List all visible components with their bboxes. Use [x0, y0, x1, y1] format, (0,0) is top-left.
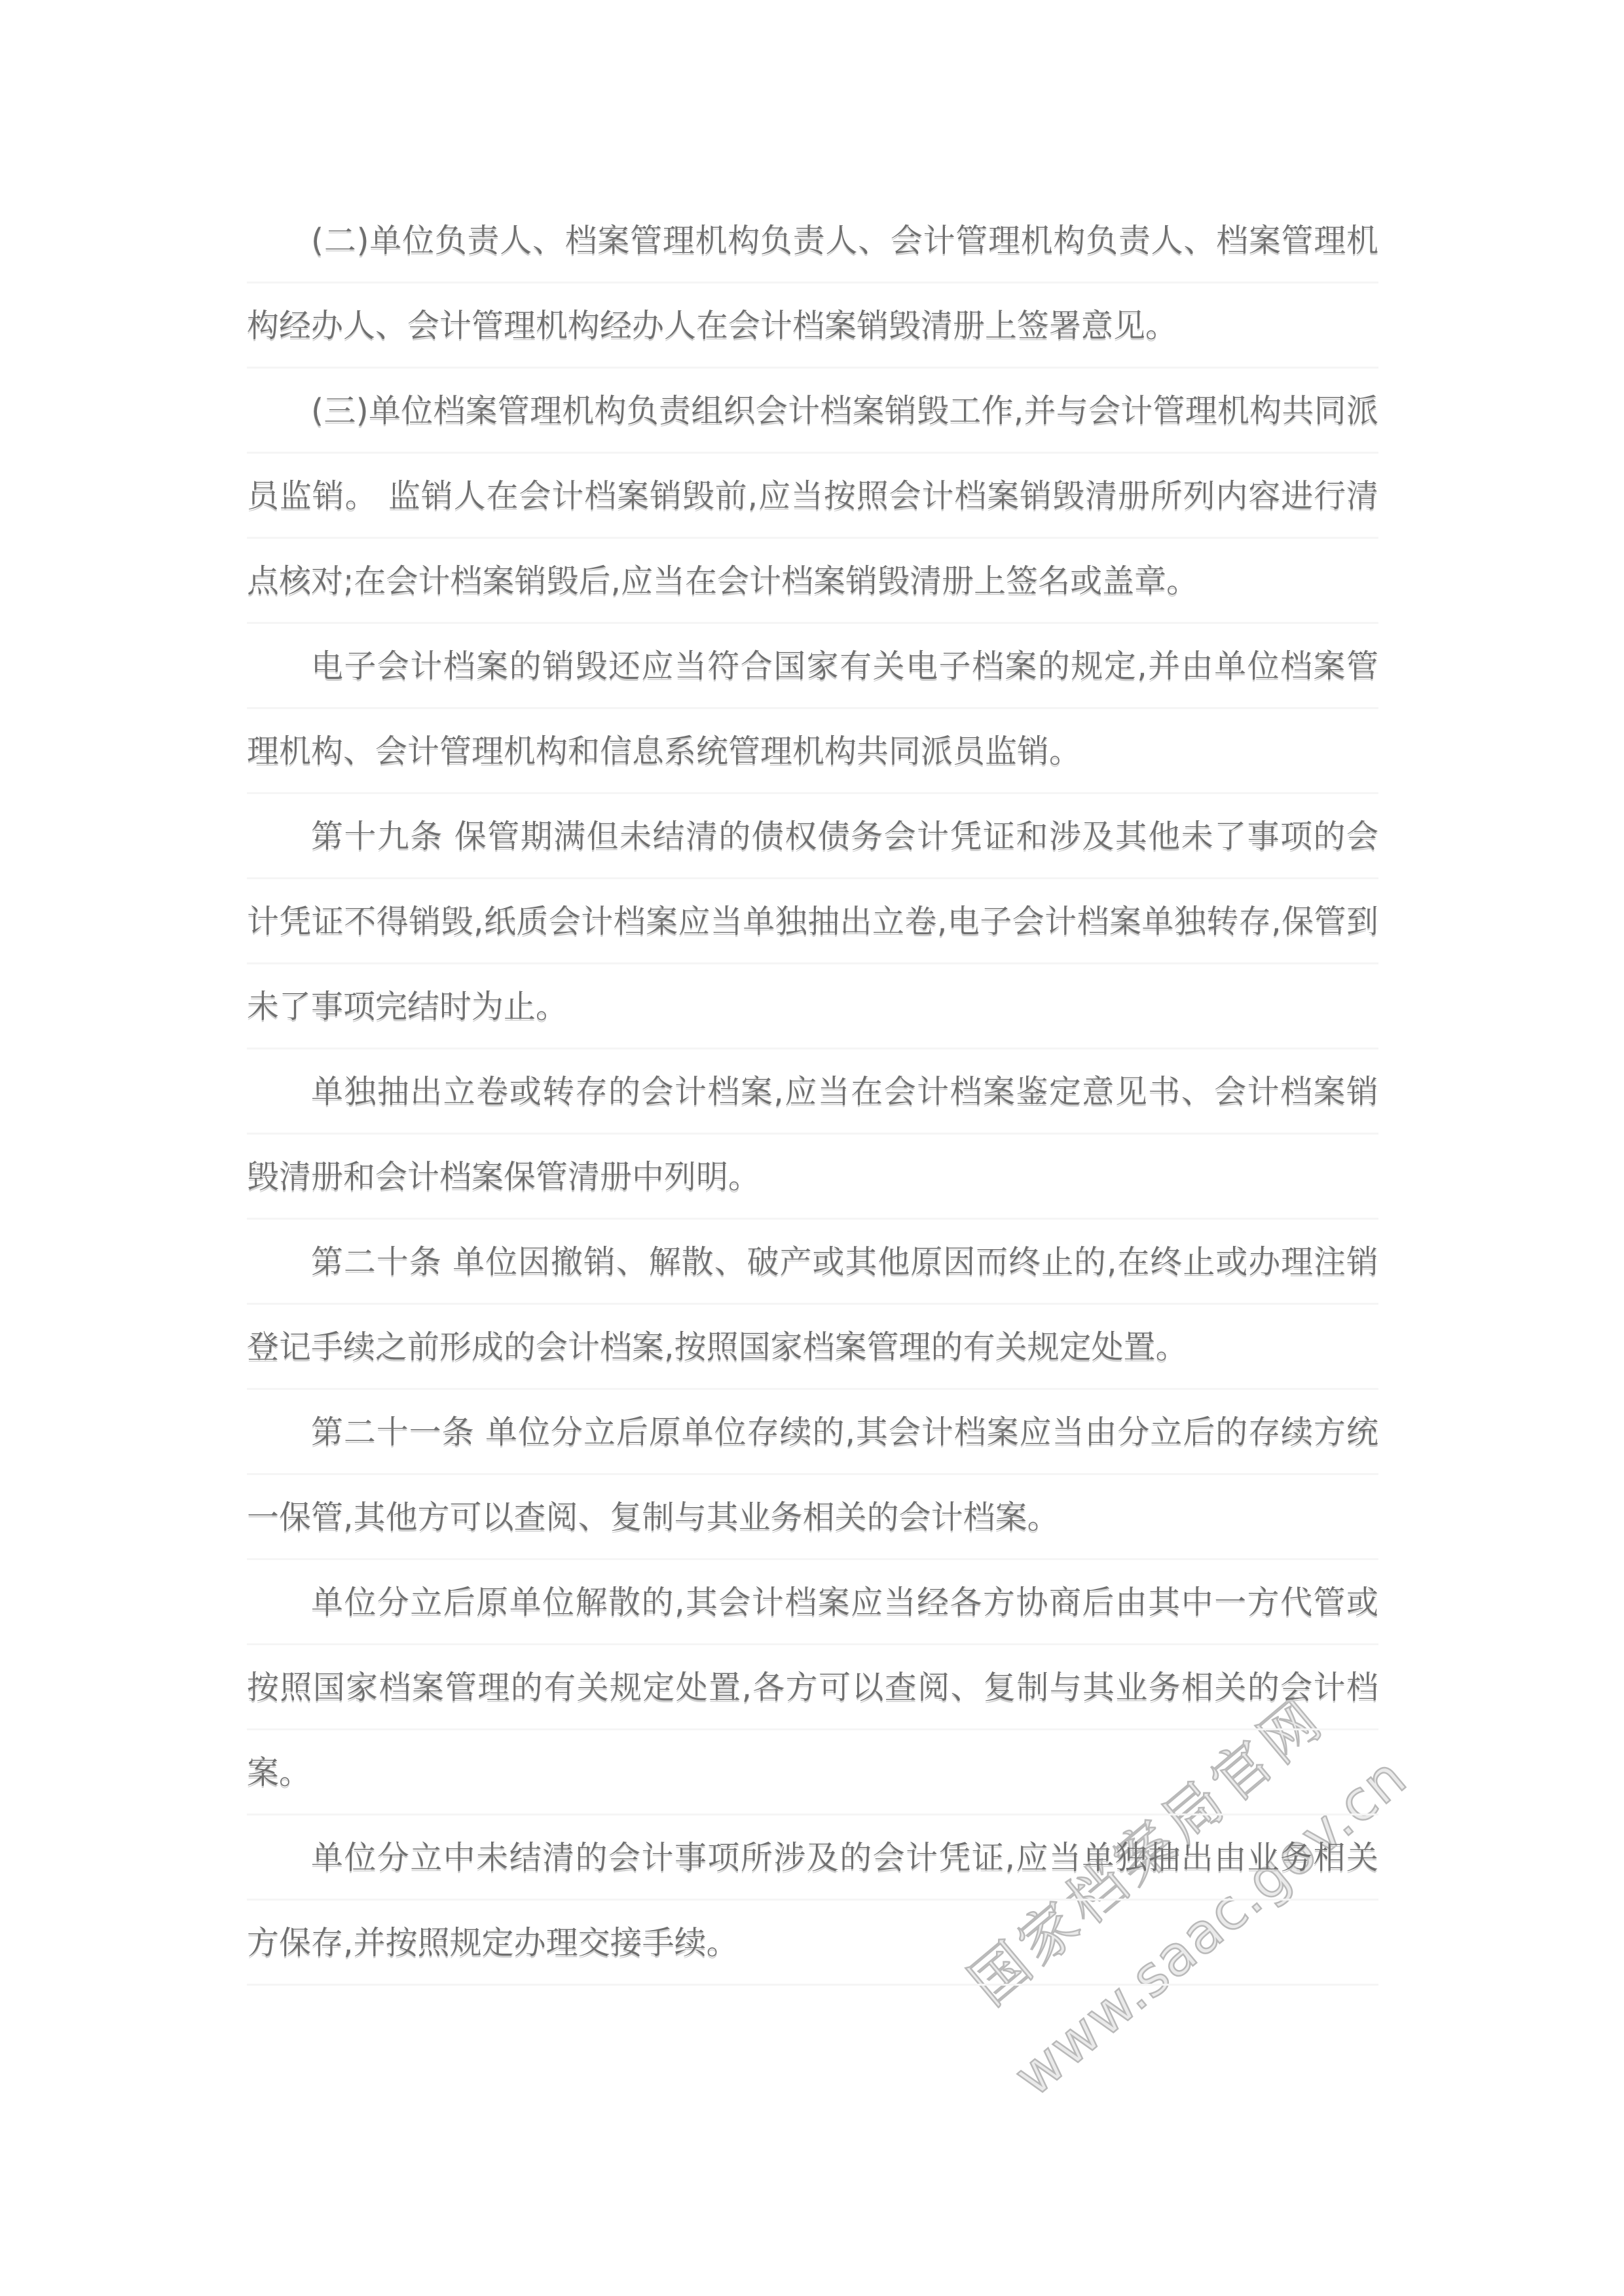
paragraph: (三)单位档案管理机构负责组织会计档案销毁工作,并与会计管理机构共同派员监销。 …	[247, 369, 1378, 624]
paragraph: (二)单位负责人、档案管理机构负责人、会计管理机构负责人、档案管理机构经办人、会…	[247, 198, 1378, 369]
paragraph: 第二十条 单位因撤销、解散、破产或其他原因而终止的,在终止或办理注销登记手续之前…	[247, 1220, 1378, 1390]
document-body: (二)单位负责人、档案管理机构负责人、会计管理机构负责人、档案管理机构经办人、会…	[247, 198, 1378, 1986]
paragraph: 第二十一条 单位分立后原单位存续的,其会计档案应当由分立后的存续方统一保管,其他…	[247, 1390, 1378, 1560]
paragraph: 单位分立中未结清的会计事项所涉及的会计凭证,应当单独抽出由业务相关方保存,并按照…	[247, 1815, 1378, 1986]
paragraph: 第十九条 保管期满但未结清的债权债务会计凭证和涉及其他未了事项的会计凭证不得销毁…	[247, 794, 1378, 1049]
paragraph: 单独抽出立卷或转存的会计档案,应当在会计档案鉴定意见书、会计档案销毁清册和会计档…	[247, 1049, 1378, 1220]
paragraph: 电子会计档案的销毁还应当符合国家有关电子档案的规定,并由单位档案管理机构、会计管…	[247, 624, 1378, 794]
paragraph: 单位分立后原单位解散的,其会计档案应当经各方协商后由其中一方代管或按照国家档案管…	[247, 1560, 1378, 1815]
